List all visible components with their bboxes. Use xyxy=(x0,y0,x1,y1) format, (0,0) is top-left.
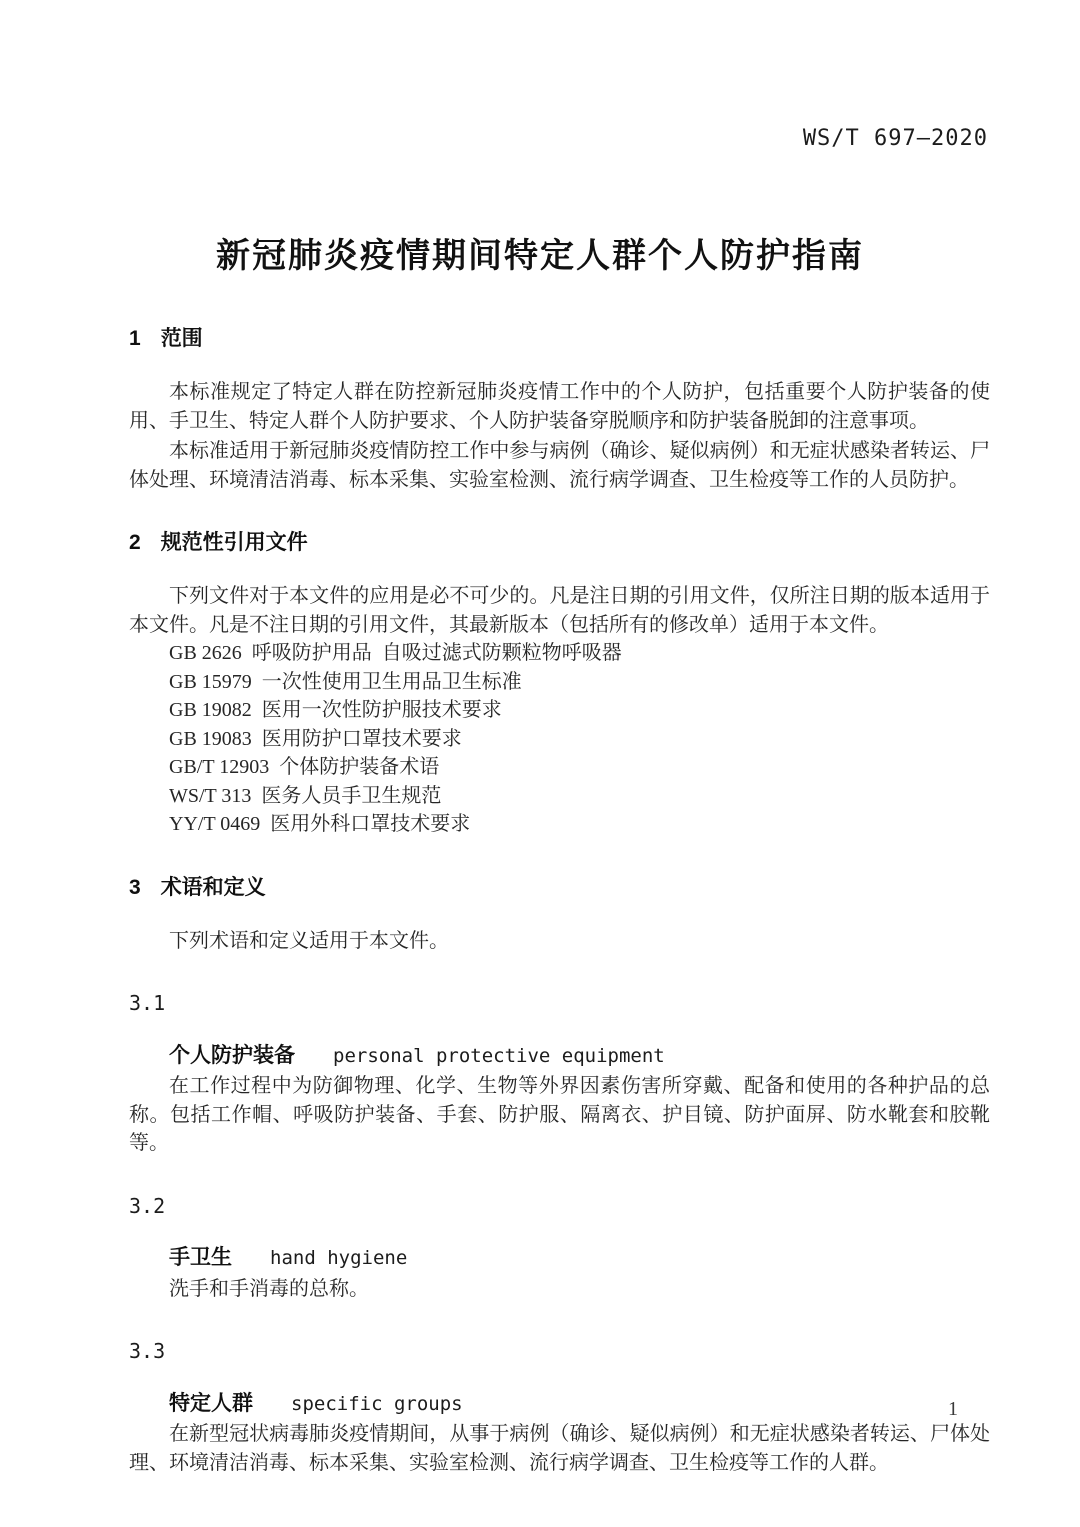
reference-text: WS/T 313 医务人员手卫生规范 xyxy=(169,785,441,807)
section-2-number: 2 xyxy=(129,530,141,556)
term-3-3-definition: 在新型冠状病毒肺炎疫情期间，从事于病例（确诊、疑似病例）和无症状感染者转运、尸体… xyxy=(129,1420,990,1477)
reference-item: WS/T 313 医务人员手卫生规范 xyxy=(129,782,990,811)
term-3-1-definition: 在工作过程中为防御物理、化学、生物等外界因素伤害所穿戴、配备和使用的各种护品的总… xyxy=(129,1072,990,1158)
reference-item: GB 15979 一次性使用卫生用品卫生标准 xyxy=(129,668,990,697)
term-3-2-en: hand hygiene xyxy=(270,1247,407,1269)
section-1-paragraph: 本标准规定了特定人群在防控新冠肺炎疫情工作中的个人防护，包括重要个人防护装备的使… xyxy=(129,378,990,435)
term-3-3-number: 3.3 xyxy=(129,1337,990,1366)
section-2-title: 规范性引用文件 xyxy=(161,531,308,554)
term-3-3-zh: 特定人群 xyxy=(169,1392,253,1415)
normative-references-list: GB 2626 呼吸防护用品 自吸过滤式防颗粒物呼吸器 GB 15979 一次性… xyxy=(129,639,990,839)
reference-item: GB 19082 医用一次性防护服技术要求 xyxy=(129,696,990,725)
term-3-1-zh: 个人防护装备 xyxy=(169,1044,295,1067)
section-1-number: 1 xyxy=(129,326,141,352)
reference-item: GB 19083 医用防护口罩技术要求 xyxy=(129,725,990,754)
section-1-paragraph: 本标准适用于新冠肺炎疫情防控工作中参与病例（确诊、疑似病例）和无症状感染者转运、… xyxy=(129,437,990,494)
document-page: WS/T 697—2020 新冠肺炎疫情期间特定人群个人防护指南 1范围 本标准… xyxy=(0,0,1080,1527)
section-3-paragraph: 下列术语和定义适用于本文件。 xyxy=(129,927,990,956)
term-3-2-heading: 手卫生hand hygiene xyxy=(129,1244,990,1273)
term-3-3-heading: 特定人群specific groups xyxy=(129,1390,990,1419)
reference-item: GB 2626 呼吸防护用品 自吸过滤式防颗粒物呼吸器 xyxy=(129,639,990,668)
section-3-heading: 3术语和定义 xyxy=(129,875,990,901)
reference-text: GB/T 12903 个体防护装备术语 xyxy=(169,756,439,778)
section-3-title: 术语和定义 xyxy=(161,876,266,899)
section-1-heading: 1范围 xyxy=(129,326,990,352)
section-1-title: 范围 xyxy=(161,327,203,350)
term-3-3-en: specific groups xyxy=(291,1393,463,1415)
reference-text: YY/T 0469 医用外科口罩技术要求 xyxy=(169,813,470,835)
term-3-2-number: 3.2 xyxy=(129,1192,990,1221)
reference-text: GB 15979 一次性使用卫生用品卫生标准 xyxy=(169,671,522,693)
section-3-number: 3 xyxy=(129,875,141,901)
reference-text: GB 19083 医用防护口罩技术要求 xyxy=(169,728,462,750)
document-body: 1范围 本标准规定了特定人群在防控新冠肺炎疫情工作中的个人防护，包括重要个人防护… xyxy=(129,326,990,1477)
section-2-paragraph: 下列文件对于本文件的应用是必不可少的。凡是注日期的引用文件，仅所注日期的版本适用… xyxy=(129,582,990,639)
term-3-1-heading: 个人防护装备personal protective equipment xyxy=(129,1042,990,1071)
reference-text: GB 2626 呼吸防护用品 自吸过滤式防颗粒物呼吸器 xyxy=(169,642,622,664)
term-3-1-en: personal protective equipment xyxy=(333,1045,665,1067)
term-3-2-definition: 洗手和手消毒的总称。 xyxy=(129,1275,990,1304)
term-3-2-zh: 手卫生 xyxy=(169,1246,232,1269)
reference-item: GB/T 12903 个体防护装备术语 xyxy=(129,753,990,782)
reference-text: GB 19082 医用一次性防护服技术要求 xyxy=(169,699,502,721)
document-title: 新冠肺炎疫情期间特定人群个人防护指南 xyxy=(0,228,1080,277)
reference-item: YY/T 0469 医用外科口罩技术要求 xyxy=(129,810,990,839)
term-3-1-number: 3.1 xyxy=(129,989,990,1018)
section-2-heading: 2规范性引用文件 xyxy=(129,530,990,556)
page-number: 1 xyxy=(948,1398,958,1421)
standard-number: WS/T 697—2020 xyxy=(803,126,988,151)
